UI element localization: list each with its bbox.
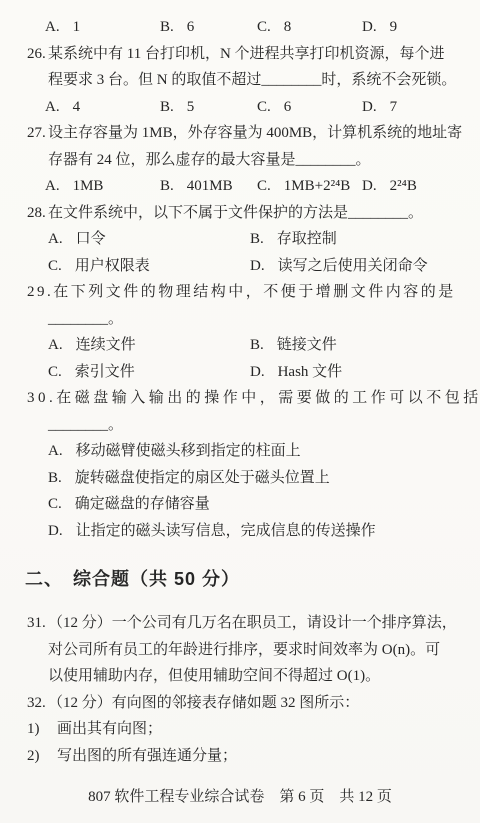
- question-stem-line: 29.在下列文件的物理结构中，不便于增删文件内容的是: [0, 279, 480, 306]
- question-26-options-row: A.4 B.5 C.6 D.7: [0, 94, 480, 121]
- option-label: B.: [160, 19, 174, 35]
- question-stem-line: 对公司所有员工的年龄进行排序，要求时间效率为 O(n)。可: [0, 637, 480, 664]
- question-number: 32.: [27, 690, 48, 717]
- option-text: 连续文件: [76, 337, 136, 353]
- question-stem-line: 以使用辅助内存，但使用辅助空间不得超过 O(1)。: [0, 663, 480, 690]
- option-c: C.6: [257, 94, 362, 121]
- question-32: 32.（12 分）有向图的邻接表存储如题 32 图所示： 1)画出其有向图； 2…: [0, 690, 480, 770]
- question-text: 在磁盘输入输出的操作中，需要做的工作可以不包括: [56, 390, 480, 406]
- option-label: C.: [48, 496, 62, 512]
- exam-content: A.1 B.6 C.8 D.9 26.某系统中有 11 台打印机，N 个进程共享…: [0, 0, 480, 769]
- question-stem-line: 28.在文件系统中，以下不属于文件保护的方法是________。: [0, 200, 480, 227]
- option-text: 6: [284, 99, 292, 115]
- option-label: D.: [250, 364, 265, 380]
- option-d: D.7: [362, 94, 480, 121]
- option-text: 用户权限表: [75, 258, 150, 274]
- question-stem-line: 30.在磁盘输入输出的操作中，需要做的工作可以不包括: [0, 385, 480, 412]
- section-heading: 二、 综合题（共 50 分）: [0, 564, 480, 594]
- question-26: 26.某系统中有 11 台打印机，N 个进程共享打印机资源，每个进 程要求 3 …: [0, 41, 480, 121]
- option-text: 让指定的磁头读写信息，完成信息的传送操作: [76, 523, 376, 539]
- subquestion-text: 写出图的所有强连通分量；: [57, 748, 237, 764]
- option-label: D.: [362, 178, 377, 194]
- option-text: 存取控制: [277, 231, 337, 247]
- question-stem-line: 26.某系统中有 11 台打印机，N 个进程共享打印机资源，每个进: [0, 41, 480, 68]
- option-text: 口令: [76, 231, 106, 247]
- option-text: 401MB: [187, 178, 233, 194]
- option-text: Hash 文件: [278, 364, 343, 380]
- option-a: A.口令: [48, 226, 250, 253]
- option-text: 确定磁盘的存储容量: [75, 496, 210, 512]
- question-28-options-row-2: C.用户权限表 D.读写之后使用关闭命令: [0, 253, 480, 280]
- question-29-options-row-1: A.连续文件 B.链接文件: [0, 332, 480, 359]
- option-a: A.4: [45, 94, 160, 121]
- option-label: B.: [48, 470, 62, 486]
- option-text: 读写之后使用关闭命令: [278, 258, 428, 274]
- question-28-options-row-1: A.口令 B.存取控制: [0, 226, 480, 253]
- option-text: 5: [187, 99, 195, 115]
- option-label: B.: [160, 178, 174, 194]
- question-number: 29.: [27, 279, 53, 306]
- option-label: C.: [257, 99, 271, 115]
- option-d: D.2²⁴B: [362, 173, 480, 200]
- question-28: 28.在文件系统中，以下不属于文件保护的方法是________。 A.口令 B.…: [0, 200, 480, 280]
- question-text: 设主存容量为 1MB，外存容量为 400MB，计算机系统的地址寄: [48, 125, 462, 141]
- option-text: 移动磁臂使磁头移到指定的柱面上: [76, 443, 301, 459]
- subquestion-label: 2): [27, 743, 57, 770]
- option-text: 4: [73, 99, 81, 115]
- question-stem-line: 32.（12 分）有向图的邻接表存储如题 32 图所示：: [0, 690, 480, 717]
- subquestion-label: 1): [27, 716, 57, 743]
- exam-page: A.1 B.6 C.8 D.9 26.某系统中有 11 台打印机，N 个进程共享…: [0, 0, 480, 823]
- option-text: 1MB+2²⁴B: [284, 178, 351, 194]
- question-stem-line: 存器有 24 位，那么虚存的最大容量是________。: [0, 147, 480, 174]
- option-b: B.链接文件: [250, 332, 480, 359]
- option-label: A.: [45, 99, 60, 115]
- subquestion-1: 1)画出其有向图；: [0, 716, 480, 743]
- question-blank-line: ________。: [0, 306, 480, 333]
- option-text: 旋转磁盘使指定的扇区处于磁头位置上: [75, 470, 330, 486]
- question-number: 28.: [27, 200, 48, 227]
- option-d: D.读写之后使用关闭命令: [250, 253, 480, 280]
- option-label: C.: [257, 178, 271, 194]
- question-stem-line: 31.（12 分）一个公司有几万名在职员工，请设计一个排序算法，: [0, 610, 480, 637]
- option-label: A.: [48, 443, 63, 459]
- option-label: B.: [160, 99, 174, 115]
- option-text: 索引文件: [75, 364, 135, 380]
- question-text: 在下列文件的物理结构中，不便于增删文件内容的是: [53, 284, 456, 300]
- option-label: B.: [250, 231, 264, 247]
- option-text: 2²⁴B: [390, 178, 417, 194]
- option-text: 链接文件: [277, 337, 337, 353]
- option-c: C.8: [257, 14, 362, 41]
- question-31: 31.（12 分）一个公司有几万名在职员工，请设计一个排序算法， 对公司所有员工…: [0, 610, 480, 690]
- question-stem-line: 27.设主存容量为 1MB，外存容量为 400MB，计算机系统的地址寄: [0, 120, 480, 147]
- option-text: 9: [390, 19, 398, 35]
- question-number: 30.: [27, 385, 56, 412]
- option-a: A.连续文件: [48, 332, 250, 359]
- option-b: B.存取控制: [250, 226, 480, 253]
- option-text: 6: [187, 19, 195, 35]
- question-30: 30.在磁盘输入输出的操作中，需要做的工作可以不包括 ________。 A.移…: [0, 385, 480, 544]
- option-c: C.1MB+2²⁴B: [257, 173, 362, 200]
- option-label: A.: [45, 19, 60, 35]
- question-number: 26.: [27, 41, 48, 68]
- option-text: 1: [73, 19, 81, 35]
- option-label: D.: [362, 19, 377, 35]
- option-d: D.让指定的磁头读写信息，完成信息的传送操作: [0, 518, 480, 545]
- option-b: B.旋转磁盘使指定的扇区处于磁头位置上: [0, 465, 480, 492]
- question-29-options-row-2: C.索引文件 D.Hash 文件: [0, 359, 480, 386]
- question-27-options-row: A.1MB B.401MB C.1MB+2²⁴B D.2²⁴B: [0, 173, 480, 200]
- option-b: B.5: [160, 94, 257, 121]
- question-text: （12 分）有向图的邻接表存储如题 32 图所示：: [48, 695, 359, 711]
- page-footer: 807 软件工程专业综合试卷 第 6 页 共 12 页: [0, 787, 480, 807]
- option-d: D.9: [362, 14, 480, 41]
- option-c: C.用户权限表: [48, 253, 250, 280]
- question-blank-line: ________。: [0, 412, 480, 439]
- question-text: （12 分）一个公司有几万名在职员工，请设计一个排序算法，: [48, 615, 457, 631]
- option-text: 7: [390, 99, 398, 115]
- question-text: 某系统中有 11 台打印机，N 个进程共享打印机资源，每个进: [48, 46, 445, 62]
- option-label: C.: [257, 19, 271, 35]
- question-27: 27.设主存容量为 1MB，外存容量为 400MB，计算机系统的地址寄 存器有 …: [0, 120, 480, 200]
- option-a: A.1: [45, 14, 160, 41]
- question-number: 27.: [27, 120, 48, 147]
- option-a: A.1MB: [45, 173, 160, 200]
- question-25-options-row: A.1 B.6 C.8 D.9: [0, 14, 480, 41]
- option-label: D.: [362, 99, 377, 115]
- option-label: C.: [48, 258, 62, 274]
- option-b: B.6: [160, 14, 257, 41]
- option-label: D.: [250, 258, 265, 274]
- question-29: 29.在下列文件的物理结构中，不便于增删文件内容的是 ________。 A.连…: [0, 279, 480, 385]
- option-label: A.: [45, 178, 60, 194]
- question-stem-line: 程要求 3 台。但 N 的取值不超过________时，系统不会死锁。: [0, 67, 480, 94]
- option-d: D.Hash 文件: [250, 359, 480, 386]
- subquestion-text: 画出其有向图；: [57, 721, 162, 737]
- option-text: 8: [284, 19, 292, 35]
- option-label: D.: [48, 523, 63, 539]
- option-label: A.: [48, 337, 63, 353]
- option-label: B.: [250, 337, 264, 353]
- option-c: C.索引文件: [48, 359, 250, 386]
- option-c: C.确定磁盘的存储容量: [0, 491, 480, 518]
- question-number: 31.: [27, 610, 48, 637]
- option-a: A.移动磁臂使磁头移到指定的柱面上: [0, 438, 480, 465]
- option-label: A.: [48, 231, 63, 247]
- option-b: B.401MB: [160, 173, 257, 200]
- subquestion-2: 2)写出图的所有强连通分量；: [0, 743, 480, 770]
- option-label: C.: [48, 364, 62, 380]
- question-text: 在文件系统中，以下不属于文件保护的方法是________。: [48, 205, 423, 221]
- option-text: 1MB: [73, 178, 104, 194]
